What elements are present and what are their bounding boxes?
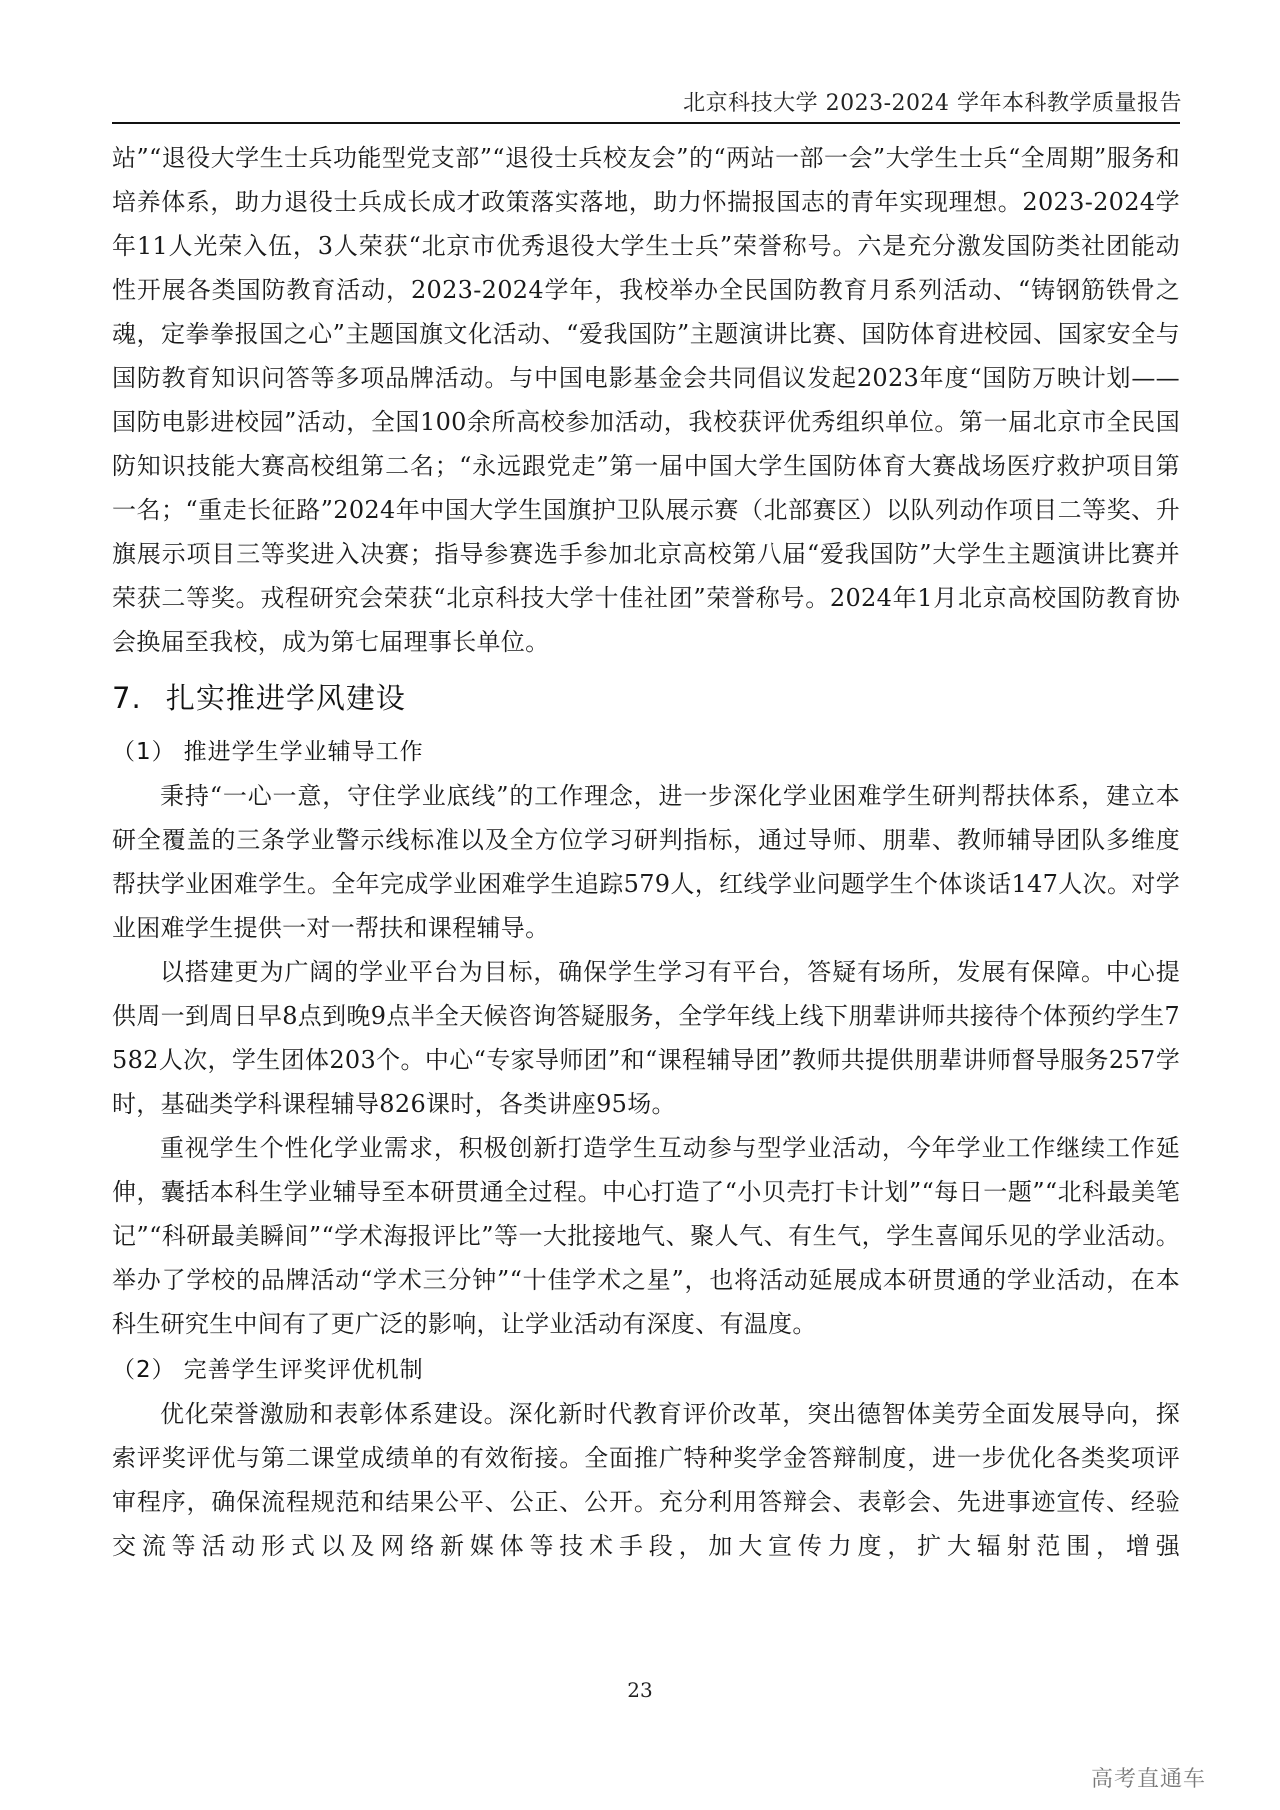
subsection-title: 推进学生学业辅导工作 [184, 739, 424, 765]
page-body: 站”“退役大学生士兵功能型党支部”“退役士兵校友会”的“两站一部一会”大学生士兵… [112, 136, 1180, 1568]
page-number: 23 [0, 1678, 1280, 1702]
running-header-title: 北京科技大学 2023-2024 学年本科教学质量报告 [683, 86, 1182, 117]
paragraph: 重视学生个性化学业需求，积极创新打造学生互动参与型学业活动，今年学业工作继续工作… [112, 1126, 1180, 1346]
subsection-heading-2: （2）完善学生评奖评优机制 [112, 1350, 1180, 1390]
paragraph: 以搭建更为广阔的学业平台为目标，确保学生学习有平台，答疑有场所，发展有保障。中心… [112, 950, 1180, 1126]
watermark-text: 高考直通车 [1091, 1762, 1206, 1793]
section-title: 扎实推进学风建设 [166, 681, 406, 715]
subsection-number: （2） [112, 1357, 176, 1383]
section-number: 7. [112, 681, 142, 715]
continued-paragraph: 站”“退役大学生士兵功能型党支部”“退役士兵校友会”的“两站一部一会”大学生士兵… [112, 136, 1180, 664]
subsection-number: （1） [112, 739, 176, 765]
paragraph: 优化荣誉激励和表彰体系建设。深化新时代教育评价改革，突出德智体美劳全面发展导向，… [112, 1392, 1180, 1568]
paragraph: 秉持“一心一意，守住学业底线”的工作理念，进一步深化学业困难学生研判帮扶体系，建… [112, 774, 1180, 950]
section-heading: 7. 扎实推进学风建设 [112, 678, 1180, 718]
subsection-title: 完善学生评奖评优机制 [184, 1357, 424, 1383]
header-divider [112, 122, 1180, 124]
subsection-heading-1: （1）推进学生学业辅导工作 [112, 732, 1180, 772]
